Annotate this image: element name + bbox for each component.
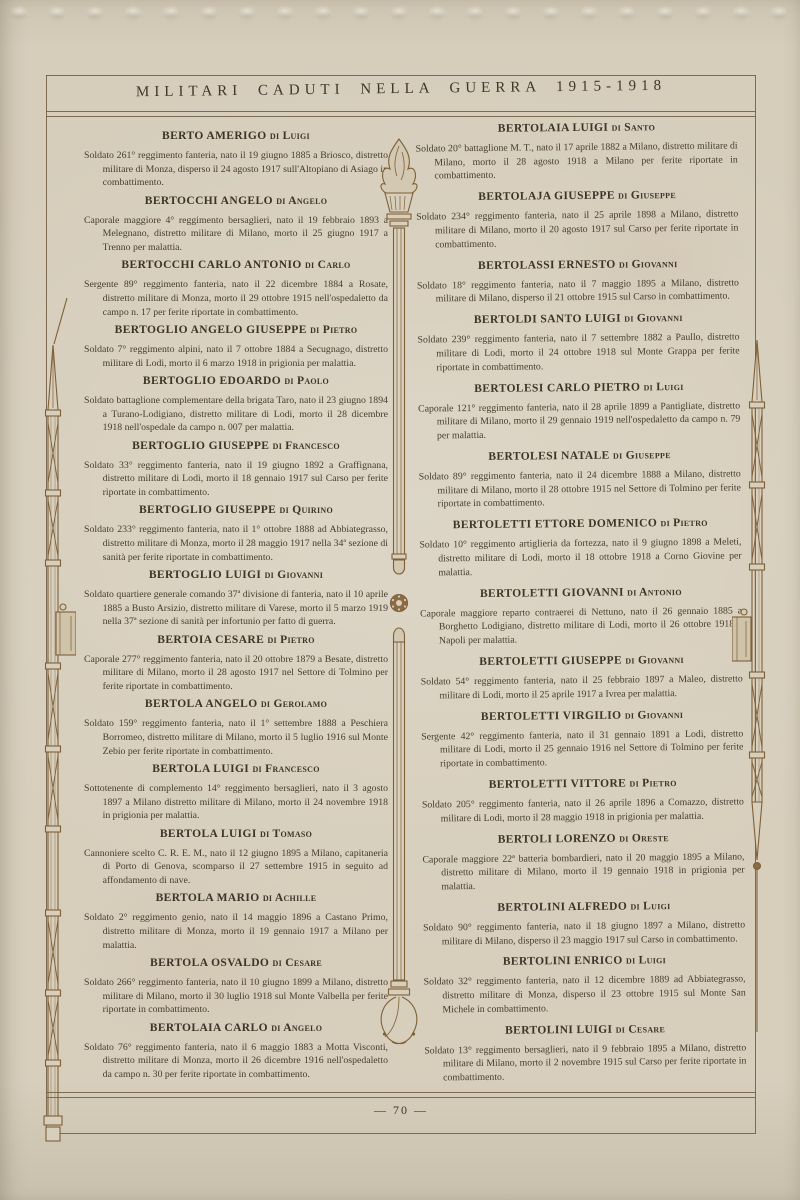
frame-top-rule (46, 75, 756, 76)
left-lance-ornament (30, 298, 76, 1144)
entry-person-name: BERTOLETTI ETTORE DOMENICO (453, 518, 658, 532)
casualty-entry: BERTOLINI LUIGI di Cesare Soldato 13° re… (424, 1022, 747, 1085)
entry-patronymic: di Giuseppe (618, 189, 676, 202)
entry-patronymic: di Pietro (660, 517, 707, 529)
entry-heading: BERTOLAIA LUIGI di Santo (415, 120, 737, 135)
casualty-entry: BERTOLASSI ERNESTO di Giovanni Soldato 1… (417, 257, 739, 306)
entry-heading: BERTOLA LUIGI di Tomaso (84, 828, 388, 840)
entry-description: Soldato quartiere generale comando 37ª d… (84, 588, 388, 629)
entry-patronymic: di Angelo (276, 195, 327, 207)
entry-person-name: BERTOCCHI CARLO ANTONIO (121, 259, 301, 271)
entry-description: Soldato 54° reggimento fanteria, nato il… (421, 672, 743, 702)
footer-double-rule-1 (46, 1092, 756, 1093)
entry-person-name: BERTOLA LUIGI (152, 763, 249, 775)
entry-description: Sergente 42° reggimento fanteria, nato i… (421, 727, 743, 771)
left-column: BERTO AMERIGO di Luigi Soldato 261° regg… (84, 130, 388, 1082)
entry-description: Soldato 266° reggimento fanteria, nato i… (84, 976, 388, 1017)
entry-person-name: BERTO AMERIGO (162, 130, 267, 142)
entry-patronymic: di Giovanni (619, 258, 678, 271)
entry-patronymic: di Giovanni (265, 569, 324, 581)
entry-description: Soldato 32° reggimento fanteria, nato il… (424, 973, 746, 1017)
casualty-entry: BERTOLA MARIO di Achille Soldato 2° regg… (84, 892, 388, 952)
entry-heading: BERTOLAJA GIUSEPPE di Giuseppe (416, 189, 738, 204)
casualty-entry: BERTOLINI ALFREDO di Luigi Soldato 90° r… (423, 899, 745, 948)
entry-description: Soldato 18° reggimento fanteria, nato il… (417, 276, 739, 306)
entry-person-name: BERTOLI LORENZO (498, 832, 616, 845)
entry-heading: BERTOLETTI VIRGILIO di Giovanni (421, 708, 743, 723)
entry-description: Soldato 234° reggimento fanteria, nato i… (416, 208, 738, 252)
entry-patronymic: di Luigi (270, 130, 310, 142)
casualty-entry: BERTO AMERIGO di Luigi Soldato 261° regg… (84, 130, 388, 190)
entry-description: Caporale maggiore reparto contraerei di … (420, 604, 742, 648)
entry-heading: BERTOLESI NATALE di Giuseppe (419, 448, 741, 463)
entry-heading: BERTOCCHI ANGELO di Angelo (84, 195, 388, 207)
entry-patronymic: di Luigi (626, 955, 666, 967)
entry-heading: BERTOLETTI ETTORE DOMENICO di Pietro (419, 517, 741, 532)
entry-person-name: BERTOLAIA CARLO (150, 1022, 268, 1034)
entry-heading: BERTOLA LUIGI di Francesco (84, 763, 388, 775)
entry-description: Caporale maggiore 4° reggimento bersagli… (84, 214, 388, 255)
casualty-entry: BERTOLA LUIGI di Francesco Sottotenente … (84, 763, 388, 823)
entry-person-name: BERTOLETTI GIOVANNI (480, 586, 624, 599)
entry-person-name: BERTOLA LUIGI (160, 828, 257, 840)
page-title: MILITARI CADUTI NELLA GUERRA 1915-1918 (46, 77, 756, 103)
entry-description: Soldato 239° reggimento fanteria, nato i… (417, 331, 739, 375)
casualty-entry: BERTOLESI CARLO PIETRO di Luigi Caporale… (418, 380, 741, 443)
casualty-entry: BERTOLAIA CARLO di Angelo Soldato 76° re… (84, 1022, 388, 1082)
paper-emboss-texture (0, 0, 800, 28)
casualty-entry: BERTOLAJA GIUSEPPE di Giuseppe Soldato 2… (416, 189, 739, 252)
entry-description: Soldato 261° reggimento fanteria, nato i… (84, 149, 388, 190)
entry-person-name: BERTOGLIO LUIGI (149, 569, 261, 581)
entry-person-name: BERTOGLIO ANGELO GIUSEPPE (115, 324, 307, 336)
frame-left-rule (46, 75, 47, 1133)
entry-description: Soldato 2° reggimento genio, nato il 14 … (84, 911, 388, 952)
entry-heading: BERTOLA OSVALDO di Cesare (84, 957, 388, 969)
entry-person-name: BERTOLA OSVALDO (150, 957, 269, 969)
entry-heading: BERTOLETTI VITTORE di Pietro (422, 776, 744, 791)
entry-patronymic: di Gerolamo (261, 698, 327, 710)
entry-heading: BERTOLETTI GIOVANNI di Antonio (420, 585, 742, 600)
header-double-rule-1 (46, 111, 756, 112)
entry-description: Soldato 159° reggimento fanteria, nato i… (84, 717, 388, 758)
entry-person-name: BERTOLESI CARLO PIETRO (474, 381, 640, 395)
frame-bottom-rule (46, 1133, 756, 1134)
entry-patronymic: di Francesco (252, 763, 319, 775)
entry-person-name: BERTOLETTI VITTORE (489, 777, 627, 790)
entry-description: Soldato 7° reggimento alpini, nato il 7 … (84, 343, 388, 370)
casualty-entry: BERTOLA OSVALDO di Cesare Soldato 266° r… (84, 957, 388, 1017)
entry-person-name: BERTOLETTI VIRGILIO (481, 709, 622, 722)
entry-description: Soldato 90° reggimento fanteria, nato il… (423, 918, 745, 948)
entry-heading: BERTOIA CESARE di Pietro (84, 634, 388, 646)
entry-patronymic: di Achille (263, 892, 317, 904)
entry-person-name: BERTOLA ANGELO (145, 698, 258, 710)
entry-description: Sergente 89° reggimento fanteria, nato i… (84, 278, 388, 319)
entry-patronymic: di Giovanni (625, 709, 684, 722)
entry-heading: BERTOGLIO GIUSEPPE di Francesco (84, 440, 388, 452)
entry-person-name: BERTOLAJA GIUSEPPE (478, 190, 615, 203)
entry-patronymic: di Pietro (310, 324, 357, 336)
casualty-entry: BERTOLESI NATALE di Giuseppe Soldato 89°… (419, 448, 742, 511)
casualty-entry: BERTOGLIO GIUSEPPE di Francesco Soldato … (84, 440, 388, 500)
casualty-entry: BERTOLINI ENRICO di Luigi Soldato 32° re… (423, 954, 746, 1017)
entry-heading: BERTOLA ANGELO di Gerolamo (84, 698, 388, 710)
casualty-entry: BERTOLETTI GIOVANNI di Antonio Caporale … (420, 585, 743, 648)
entry-heading: BERTOLI LORENZO di Oreste (422, 831, 744, 846)
entry-patronymic: di Tomaso (260, 828, 312, 840)
entry-patronymic: di Angelo (271, 1022, 322, 1034)
entry-patronymic: di Pietro (267, 634, 314, 646)
entry-patronymic: di Cesare (273, 957, 322, 969)
casualty-entry: BERTOGLIO EDOARDO di Paolo Soldato batta… (84, 375, 388, 435)
entry-heading: BERTOLA MARIO di Achille (84, 892, 388, 904)
entry-patronymic: di Giovanni (625, 654, 684, 667)
entry-description: Soldato 13° reggimento bersaglieri, nato… (424, 1041, 746, 1085)
entry-heading: BERTO AMERIGO di Luigi (84, 130, 388, 142)
entry-person-name: BERTOGLIO GIUSEPPE (139, 504, 276, 516)
entry-person-name: BERTOGLIO EDOARDO (143, 375, 281, 387)
entry-heading: BERTOCCHI CARLO ANTONIO di Carlo (84, 259, 388, 271)
casualty-entry: BERTOLETTI VITTORE di Pietro Soldato 205… (422, 776, 744, 825)
entry-description: Soldato 20° battaglione M. T., nato il 1… (416, 139, 738, 183)
entry-person-name: BERTOLINI LUIGI (505, 1023, 612, 1036)
entry-patronymic: di Pietro (629, 777, 676, 789)
entry-patronymic: di Giovanni (624, 312, 683, 325)
entry-description: Soldato 89° reggimento fanteria, nato il… (419, 467, 741, 511)
scanned-page: MILITARI CADUTI NELLA GUERRA 1915-1918 B… (0, 0, 800, 1200)
entry-patronymic: di Giuseppe (613, 449, 671, 462)
entry-patronymic: di Santo (612, 121, 656, 133)
entry-description: Soldato battaglione complementare della … (84, 394, 388, 435)
casualty-entry: BERTOLAIA LUIGI di Santo Soldato 20° bat… (415, 120, 738, 183)
entry-heading: BERTOGLIO ANGELO GIUSEPPE di Pietro (84, 324, 388, 336)
entry-heading: BERTOGLIO EDOARDO di Paolo (84, 375, 388, 387)
entry-person-name: BERTOLESI NATALE (488, 450, 609, 463)
rosette-medallion (391, 595, 408, 612)
entry-person-name: BERTOIA CESARE (157, 634, 264, 646)
entry-person-name: BERTOLINI ENRICO (503, 955, 623, 968)
casualty-entry: BERTOLDI SANTO LUIGI di Giovanni Soldato… (417, 312, 740, 375)
entry-heading: BERTOLESI CARLO PIETRO di Luigi (418, 380, 740, 395)
entry-person-name: BERTOLASSI ERNESTO (478, 258, 616, 271)
casualty-entry: BERTOLETTI VIRGILIO di Giovanni Sergente… (421, 708, 744, 771)
entry-patronymic: di Luigi (630, 900, 670, 912)
casualty-entry: BERTOGLIO GIUSEPPE di Quirino Soldato 23… (84, 504, 388, 564)
entry-person-name: BERTOLETTI GIUSEPPE (479, 655, 622, 668)
entry-heading: BERTOLETTI GIUSEPPE di Giovanni (421, 653, 743, 668)
frame-right-rule (755, 75, 756, 1133)
entry-heading: BERTOLAIA CARLO di Angelo (84, 1022, 388, 1034)
casualty-entry: BERTOLETTI ETTORE DOMENICO di Pietro Sol… (419, 517, 742, 580)
entry-description: Soldato 10° reggimento artiglieria da fo… (419, 536, 741, 580)
entry-heading: BERTOLINI ENRICO di Luigi (423, 954, 745, 969)
entry-description: Soldato 76° reggimento fanteria, nato il… (84, 1041, 388, 1082)
entry-description: Caporale 277° reggimento fanteria, nato … (84, 653, 388, 694)
entry-patronymic: di Luigi (643, 381, 683, 393)
entry-description: Caporale 121° reggimento fanteria, nato … (418, 399, 740, 443)
casualty-entry: BERTOGLIO ANGELO GIUSEPPE di Pietro Sold… (84, 324, 388, 370)
entry-description: Caporale maggiore 22ª batteria bombardie… (422, 850, 744, 894)
entry-patronymic: di Quirino (280, 504, 334, 516)
entry-patronymic: di Carlo (305, 259, 351, 271)
casualty-entry: BERTOGLIO LUIGI di Giovanni Soldato quar… (84, 569, 388, 629)
casualty-entry: BERTOLI LORENZO di Oreste Caporale maggi… (422, 831, 745, 894)
entry-person-name: BERTOLA MARIO (156, 892, 260, 904)
footer-double-rule-2 (46, 1097, 756, 1098)
entry-description: Soldato 233° reggimento fanteria, nato i… (84, 523, 388, 564)
entry-patronymic: di Oreste (619, 832, 669, 844)
entry-patronymic: di Francesco (273, 440, 340, 452)
entry-person-name: BERTOLDI SANTO LUIGI (474, 313, 621, 326)
entry-heading: BERTOLINI ALFREDO di Luigi (423, 899, 745, 914)
page-number: — 70 — (46, 1103, 756, 1118)
entry-person-name: BERTOLAIA LUIGI (498, 122, 609, 135)
entry-heading: BERTOLASSI ERNESTO di Giovanni (417, 257, 739, 272)
entry-description: Sottotenente di complemento 14° reggimen… (84, 782, 388, 823)
entry-description: Cannoniere scelto C. R. E. M., nato il 1… (84, 847, 388, 888)
entry-heading: BERTOGLIO LUIGI di Giovanni (84, 569, 388, 581)
header-double-rule-2 (46, 116, 756, 117)
entry-heading: BERTOGLIO GIUSEPPE di Quirino (84, 504, 388, 516)
entry-description: Soldato 33° reggimento fanteria, nato il… (84, 459, 388, 500)
casualty-entry: BERTOCCHI ANGELO di Angelo Caporale magg… (84, 195, 388, 255)
entry-patronymic: di Cesare (616, 1023, 666, 1035)
casualty-entry: BERTOIA CESARE di Pietro Caporale 277° r… (84, 634, 388, 694)
casualty-entry: BERTOLA ANGELO di Gerolamo Soldato 159° … (84, 698, 388, 758)
casualty-entry: BERTOLA LUIGI di Tomaso Cannoniere scelt… (84, 828, 388, 888)
entry-heading: BERTOLDI SANTO LUIGI di Giovanni (417, 312, 739, 327)
entry-person-name: BERTOCCHI ANGELO (145, 195, 273, 207)
entry-heading: BERTOLINI LUIGI di Cesare (424, 1022, 746, 1037)
entry-person-name: BERTOGLIO GIUSEPPE (132, 440, 269, 452)
entry-patronymic: di Antonio (627, 586, 682, 599)
casualty-entry: BERTOLETTI GIUSEPPE di Giovanni Soldato … (421, 653, 743, 702)
casualty-entry: BERTOCCHI CARLO ANTONIO di Carlo Sergent… (84, 259, 388, 319)
entry-patronymic: di Paolo (284, 375, 329, 387)
entry-person-name: BERTOLINI ALFREDO (497, 900, 627, 913)
entry-description: Soldato 205° reggimento fanteria, nato i… (422, 795, 744, 825)
right-column: BERTOLAIA LUIGI di Santo Soldato 20° bat… (415, 120, 746, 1085)
